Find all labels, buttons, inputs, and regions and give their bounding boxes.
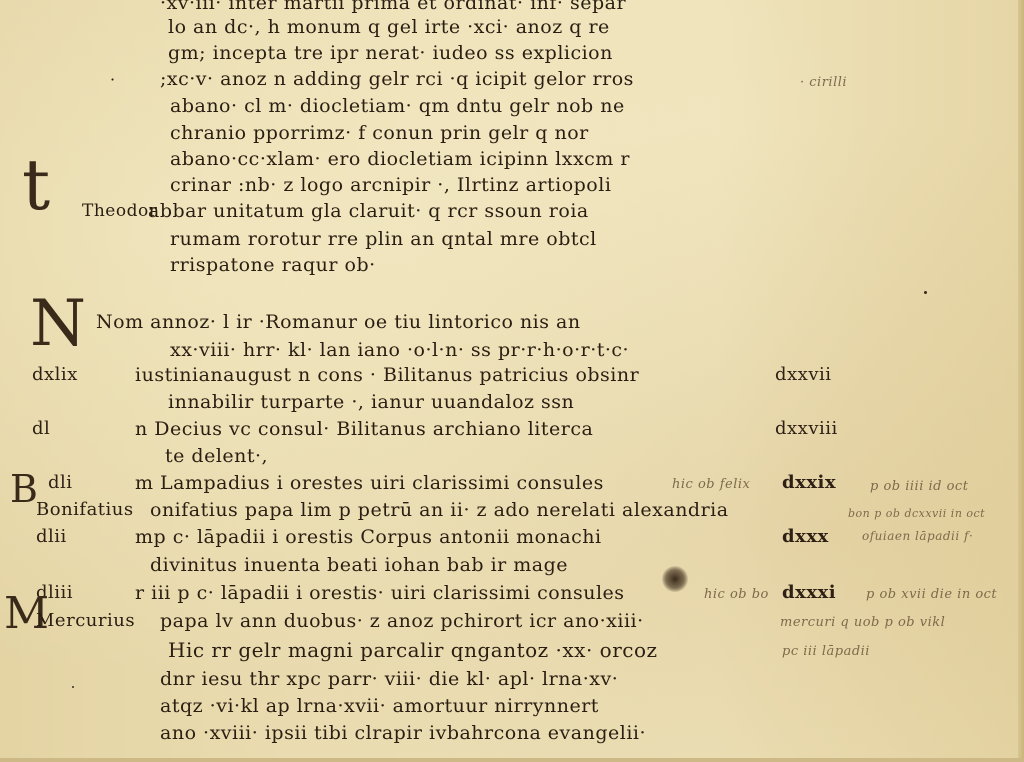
text-line: abbar unitatum gla claruit· q rcr ssoun … — [148, 202, 589, 221]
text-line: crinar :nb· z logo arcnipir ·, Ilrtinz a… — [170, 176, 611, 195]
margin-year: dxxviii — [775, 420, 838, 438]
text-line: mp c· lāpadii i orestis Corpus antonii m… — [135, 528, 602, 547]
marginal-note: hic ob bo — [704, 588, 769, 601]
text-line: divinitus inuenta beati iohan bab ir mag… — [150, 556, 568, 575]
paragraph-mark: · — [110, 72, 116, 88]
initial-label: Theodor — [82, 203, 157, 220]
initial-label: Bonifatius — [36, 501, 134, 519]
marginal-note: hic ob felix — [672, 478, 750, 491]
ink-spot — [72, 686, 74, 688]
text-line: rumam rorotur rre plin an qntal mre obtc… — [170, 230, 597, 249]
decorated-initial-n: N — [30, 292, 86, 356]
marginal-note: · cirilli — [800, 76, 847, 89]
text-line: n Decius vc consul· Bilitanus archiano l… — [135, 420, 593, 439]
page-edge — [1018, 0, 1024, 762]
marginal-note: p ob xvii die in oct — [866, 588, 997, 601]
text-line: Hic rr gelr magni parcalir qngantoz ·xx·… — [168, 640, 658, 660]
text-line: abano· cl m· diocletiam· qm dntu gelr no… — [170, 97, 625, 116]
text-line: papa lv ann duobus· z anoz pchirort icr … — [160, 612, 644, 631]
text-line: ·xv·iii· inter martii prima et ordinat· … — [160, 0, 626, 13]
marginal-note: pc iii lāpadii — [782, 645, 870, 658]
text-line: Nom annoz· l ir ·Romanur oe tiu lintoric… — [96, 313, 581, 332]
marginal-note: mercuri q uob p ob vikl — [780, 616, 945, 629]
margin-year: dxxvii — [775, 366, 832, 384]
text-line: onifatius papa lim p petrū an ii· z ado … — [150, 501, 729, 520]
page-edge — [0, 758, 1024, 762]
margin-year: dxlix — [32, 366, 78, 384]
text-line: r iii p c· lāpadii i orestis· uiri clari… — [135, 584, 625, 603]
text-line: m Lampadius i orestes uiri clarissimi co… — [135, 474, 604, 493]
ink-spot — [924, 291, 927, 294]
margin-year: dlii — [36, 528, 67, 546]
text-line: gm; incepta tre ipr nerat· iudeo ss expl… — [168, 44, 613, 63]
decorated-initial-b: B — [10, 470, 38, 508]
text-line: atqz ·vi·kl ap lrna·xvii· amortuur nirry… — [160, 697, 599, 716]
text-line: iustinianaugust n cons · Bilitanus patri… — [135, 366, 639, 385]
text-line: chranio pporrimz· f conun prin gelr q no… — [170, 124, 589, 143]
text-line: xx·viii· hrr· kl· lan iano ·o·l·n· ss pr… — [170, 341, 629, 360]
margin-year: dxxix — [782, 474, 836, 492]
margin-year: dxxx — [782, 528, 829, 546]
ink-blot — [662, 566, 688, 592]
text-line: rrispatone raqur ob· — [170, 256, 376, 275]
marginal-note: ofuiaen lāpadii f· — [862, 530, 973, 542]
manuscript-page: ·xv·iii· inter martii prima et ordinat· … — [0, 0, 1024, 762]
text-line: innabilir turparte ·, ianur uuandaloz ss… — [168, 393, 574, 412]
text-line: abano·cc·xlam· ero diocletiam icipinn lx… — [170, 150, 630, 169]
margin-year: dl — [32, 420, 50, 438]
text-line: lo an dc·, h monum q gel irte ·xci· anoz… — [168, 18, 610, 37]
marginal-note: bon p ob dcxxvii in oct — [848, 508, 985, 519]
initial-label: Mercurius — [36, 612, 135, 630]
text-line: ano ·xviii· ipsii tibi clrapir ivbahrcon… — [160, 724, 646, 743]
marginal-note: p ob iiii id oct — [870, 480, 968, 493]
margin-year: dli — [48, 474, 73, 492]
text-line: ;xc·v· anoz n adding gelr rci ·q icipit … — [160, 70, 634, 89]
decorated-initial-t: t — [22, 150, 50, 220]
text-line: te delent·, — [165, 447, 268, 466]
text-line: dnr iesu thr xpc parr· viii· die kl· apl… — [160, 670, 618, 689]
margin-year: dxxxi — [782, 584, 836, 602]
